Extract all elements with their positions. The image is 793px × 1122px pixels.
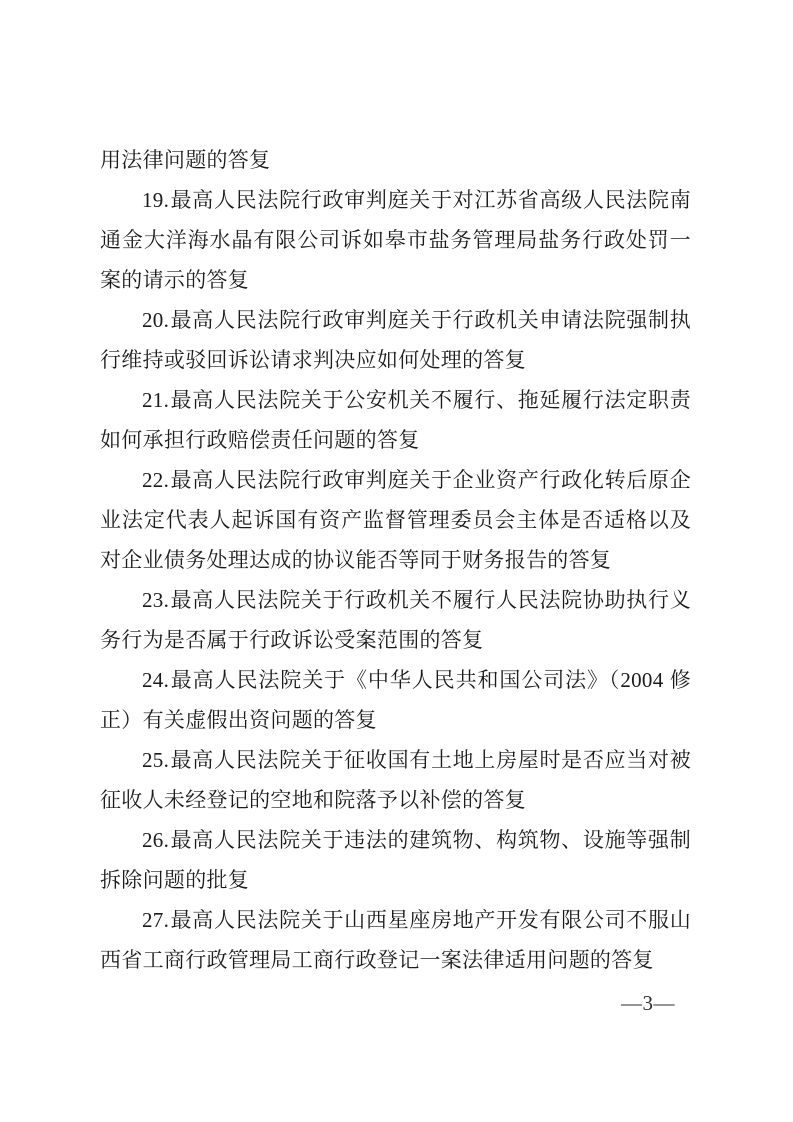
- item-title: 最高人民法院关于行政机关不履行人民法院协助执行义务行为是否属于行政诉讼受案范围的…: [100, 588, 691, 652]
- item-title: 最高人民法院关于山西星座房地产开发有限公司不服山西省工商行政管理局工商行政登记一…: [100, 908, 691, 972]
- item-number: 21.: [142, 388, 170, 412]
- list-item: 21.最高人民法院关于公安机关不履行、拖延履行法定职责如何承担行政赔偿责任问题的…: [100, 380, 691, 460]
- item-number: 19.: [142, 188, 170, 212]
- item-title: 最高人民法院行政审判庭关于企业资产行政化转后原企业法定代表人起诉国有资产监督管理…: [100, 468, 691, 572]
- item-number: 22.: [142, 468, 170, 492]
- item-number: 26.: [142, 828, 170, 852]
- item-number: 25.: [142, 748, 170, 772]
- item-title: 最高人民法院行政审判庭关于行政机关申请法院强制执行维持或驳回诉讼请求判决应如何处…: [100, 308, 691, 372]
- item-title: 最高人民法院行政审判庭关于对江苏省高级人民法院南通金大洋海水晶有限公司诉如皋市盐…: [100, 188, 691, 292]
- list-item: 23.最高人民法院关于行政机关不履行人民法院协助执行义务行为是否属于行政诉讼受案…: [100, 580, 691, 660]
- continuation-line: 用法律问题的答复: [100, 140, 691, 180]
- list-item: 22.最高人民法院行政审判庭关于企业资产行政化转后原企业法定代表人起诉国有资产监…: [100, 460, 691, 580]
- list-item: 27.最高人民法院关于山西星座房地产开发有限公司不服山西省工商行政管理局工商行政…: [100, 900, 691, 980]
- list-item: 20.最高人民法院行政审判庭关于行政机关申请法院强制执行维持或驳回诉讼请求判决应…: [100, 300, 691, 380]
- item-number: 27.: [142, 908, 170, 932]
- item-title: 最高人民法院关于《中华人民共和国公司法》（2004 修正）有关虚假出资问题的答复: [100, 668, 691, 732]
- list-item: 25.最高人民法院关于征收国有土地上房屋时是否应当对被征收人未经登记的空地和院落…: [100, 740, 691, 820]
- list-item: 19.最高人民法院行政审判庭关于对江苏省高级人民法院南通金大洋海水晶有限公司诉如…: [100, 180, 691, 300]
- item-number: 20.: [142, 308, 170, 332]
- item-title: 最高人民法院关于征收国有土地上房屋时是否应当对被征收人未经登记的空地和院落予以补…: [100, 748, 691, 812]
- item-number: 23.: [142, 588, 170, 612]
- page-number: —3—: [621, 991, 675, 1015]
- document-page: 用法律问题的答复 19.最高人民法院行政审判庭关于对江苏省高级人民法院南通金大洋…: [0, 0, 793, 1122]
- body-text: 用法律问题的答复 19.最高人民法院行政审判庭关于对江苏省高级人民法院南通金大洋…: [100, 140, 691, 980]
- item-number: 24.: [142, 668, 170, 692]
- list-item: 24.最高人民法院关于《中华人民共和国公司法》（2004 修正）有关虚假出资问题…: [100, 660, 691, 740]
- item-title: 最高人民法院关于违法的建筑物、构筑物、设施等强制拆除问题的批复: [100, 828, 691, 892]
- item-title: 最高人民法院关于公安机关不履行、拖延履行法定职责如何承担行政赔偿责任问题的答复: [100, 388, 691, 452]
- list-item: 26.最高人民法院关于违法的建筑物、构筑物、设施等强制拆除问题的批复: [100, 820, 691, 900]
